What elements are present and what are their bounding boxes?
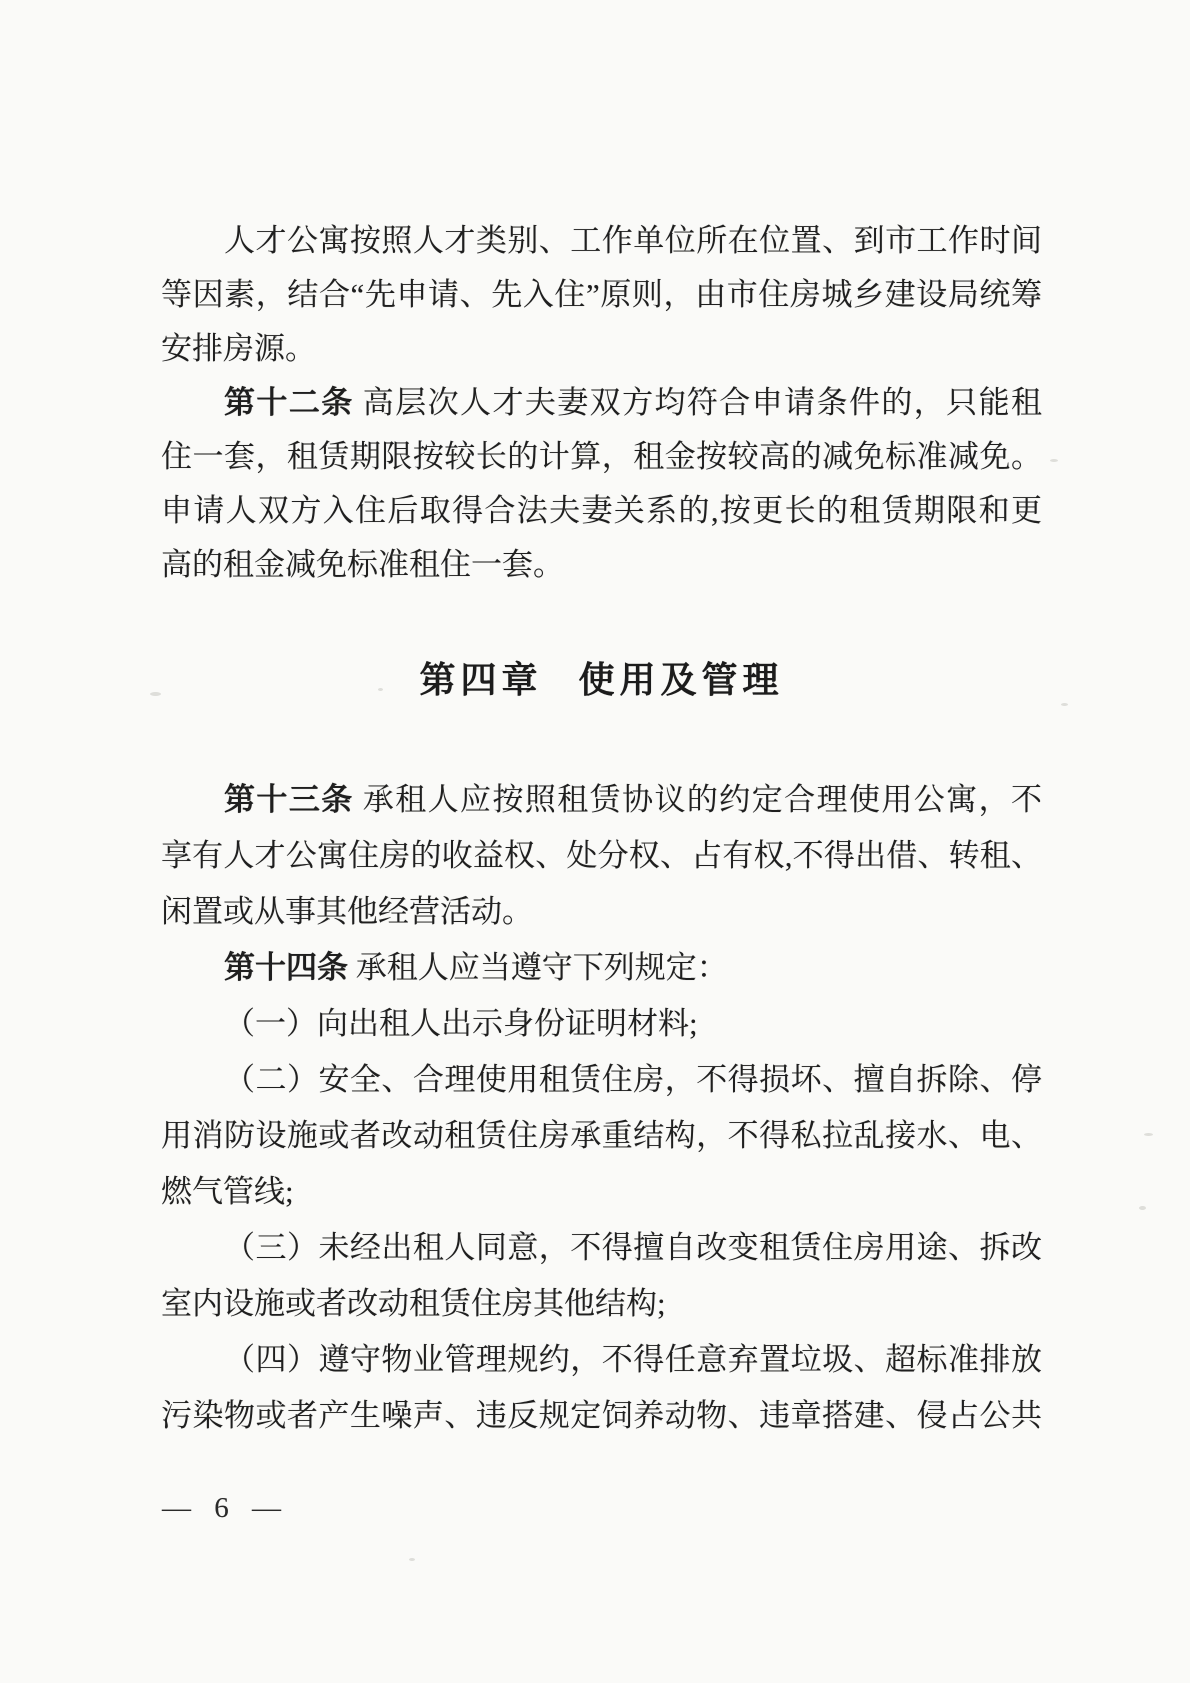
document-page: 人才公寓按照人才类别、工作单位所在位置、到市工作时间 等因素，结合“先申请、先入…	[0, 0, 1190, 1683]
chapter-number: 第四章	[419, 659, 542, 700]
paragraph-line: 申请人双方入住后取得合法夫妻关系的,按更长的租赁期限和更	[161, 484, 1042, 538]
line-text: （三）未经出租人同意，不得擅自改变租赁住房用途、拆改	[224, 1230, 1042, 1265]
line-text: （二）安全、合理使用租赁住房，不得损坏、擅自拆除、停	[224, 1062, 1042, 1097]
line-text: 高层次人才夫妻双方均符合申请条件的，只能租	[354, 385, 1042, 420]
scan-artifact	[1061, 703, 1068, 706]
paragraph-line: 高的租金减免标准租住一套。	[161, 538, 1042, 592]
line-text: 室内设施或者改动租赁住房其他结构;	[161, 1286, 666, 1321]
paragraph-line: 第十四条 承租人应当遵守下列规定：	[161, 940, 1042, 996]
list-item-line: （二）安全、合理使用租赁住房，不得损坏、擅自拆除、停	[161, 1052, 1042, 1108]
line-text: 住一套，租赁期限按较长的计算，租金按较高的减免标准减免。	[161, 439, 1042, 474]
line-text: 燃气管线;	[161, 1174, 294, 1209]
scan-artifact	[1144, 1133, 1153, 1136]
line-text: 承租人应当遵守下列规定：	[348, 950, 728, 985]
line-text: 高的租金减免标准租住一套。	[161, 547, 564, 582]
paragraph-line: 人才公寓按照人才类别、工作单位所在位置、到市工作时间	[161, 214, 1042, 268]
article-number: 第十二条	[224, 385, 354, 420]
line-text: 享有人才公寓住房的收益权、处分权、占有权,不得出借、转租、	[161, 838, 1042, 873]
document-body-upper: 人才公寓按照人才类别、工作单位所在位置、到市工作时间 等因素，结合“先申请、先入…	[161, 214, 1042, 592]
line-text: 用消防设施或者改动租赁住房承重结构，不得私拉乱接水、电、	[161, 1118, 1042, 1153]
line-text: 安排房源。	[161, 331, 316, 366]
paragraph-line: 安排房源。	[161, 322, 1042, 376]
paragraph-line: 用消防设施或者改动租赁住房承重结构，不得私拉乱接水、电、	[161, 1108, 1042, 1164]
scan-artifact	[1139, 1206, 1146, 1210]
line-text: 承租人应按照租赁协议的约定合理使用公寓，不	[354, 782, 1042, 817]
paragraph-line: 等因素，结合“先申请、先入住”原则，由市住房城乡建设局统筹	[161, 268, 1042, 322]
chapter-title: 使用及管理	[579, 659, 784, 700]
list-item-line: （四）遵守物业管理规约，不得任意弃置垃圾、超标准排放	[161, 1332, 1042, 1388]
line-text: 人才公寓按照人才类别、工作单位所在位置、到市工作时间	[224, 223, 1042, 258]
document-body-lower: 第十三条 承租人应按照租赁协议的约定合理使用公寓，不 享有人才公寓住房的收益权、…	[161, 772, 1042, 1444]
list-item-line: （三）未经出租人同意，不得擅自改变租赁住房用途、拆改	[161, 1220, 1042, 1276]
scan-artifact	[1050, 459, 1058, 462]
line-text: （一）向出租人出示身份证明材料;	[224, 1006, 698, 1041]
paragraph-line: 住一套，租赁期限按较长的计算，租金按较高的减免标准减免。	[161, 430, 1042, 484]
scan-artifact	[378, 688, 383, 691]
paragraph-line: 室内设施或者改动租赁住房其他结构;	[161, 1276, 1042, 1332]
list-item-line: （一）向出租人出示身份证明材料;	[161, 996, 1042, 1052]
article-number: 第十三条	[224, 782, 354, 817]
page-number: — 6 —	[162, 1492, 284, 1525]
paragraph-line: 第十三条 承租人应按照租赁协议的约定合理使用公寓，不	[161, 772, 1042, 828]
scan-artifact	[409, 1558, 415, 1561]
line-text: 污染物或者产生噪声、违反规定饲养动物、违章搭建、侵占公共	[161, 1398, 1042, 1433]
scan-artifact	[150, 692, 161, 696]
paragraph-line: 燃气管线;	[161, 1164, 1042, 1220]
line-text: 申请人双方入住后取得合法夫妻关系的,按更长的租赁期限和更	[161, 493, 1042, 528]
article-number: 第十四条	[224, 950, 348, 985]
paragraph-line: 闲置或从事其他经营活动。	[161, 884, 1042, 940]
paragraph-line: 第十二条 高层次人才夫妻双方均符合申请条件的，只能租	[161, 376, 1042, 430]
line-text: 等因素，结合“先申请、先入住”原则，由市住房城乡建设局统筹	[161, 277, 1042, 312]
paragraph-line: 污染物或者产生噪声、违反规定饲养动物、违章搭建、侵占公共	[161, 1388, 1042, 1444]
paragraph-line: 享有人才公寓住房的收益权、处分权、占有权,不得出借、转租、	[161, 828, 1042, 884]
line-text: （四）遵守物业管理规约，不得任意弃置垃圾、超标准排放	[224, 1342, 1042, 1377]
line-text: 闲置或从事其他经营活动。	[161, 894, 533, 929]
chapter-heading: 第四章使用及管理	[161, 652, 1042, 708]
